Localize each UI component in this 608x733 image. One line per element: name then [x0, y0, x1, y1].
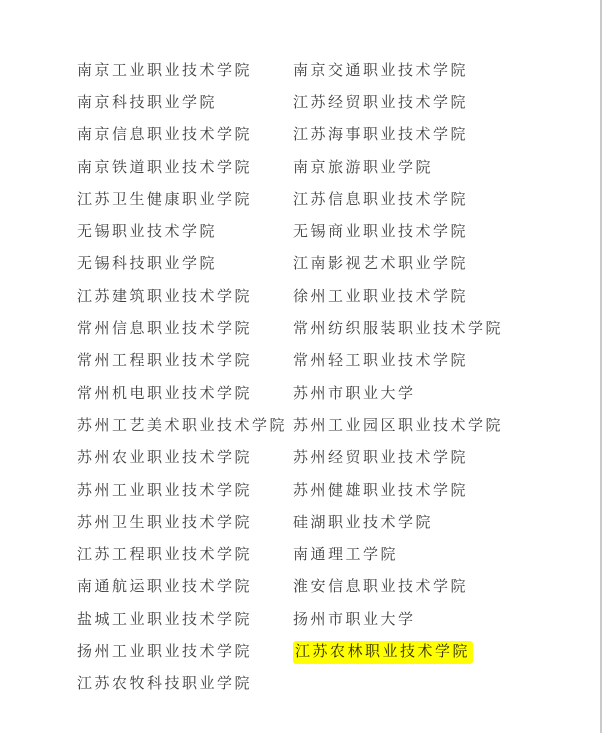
list-row: 无锡职业技术学院无锡商业职业技术学院 [77, 216, 597, 248]
college-name: 苏州工业职业技术学院 [77, 484, 293, 499]
college-name: 苏州工艺美术职业技术学院 [77, 419, 293, 434]
college-name: 苏州经贸职业技术学院 [293, 451, 597, 466]
college-name: 扬州工业职业技术学院 [77, 645, 293, 660]
list-row: 苏州卫生职业技术学院硅湖职业技术学院 [77, 507, 597, 539]
college-name: 江苏信息职业技术学院 [293, 193, 597, 208]
list-row: 南京工业职业技术学院南京交通职业技术学院 [77, 55, 597, 87]
list-row: 扬州工业职业技术学院江苏农林职业技术学院 [77, 636, 597, 668]
college-name: 南京铁道职业技术学院 [77, 161, 293, 176]
college-name: 苏州健雄职业技术学院 [293, 484, 597, 499]
list-row: 苏州工艺美术职业技术学院苏州工业园区职业技术学院 [77, 410, 597, 442]
college-name: 江苏卫生健康职业学院 [77, 193, 293, 208]
college-name: 南京交通职业技术学院 [293, 64, 597, 79]
college-name: 江南影视艺术职业学院 [293, 257, 597, 272]
college-name: 苏州农业职业技术学院 [77, 451, 293, 466]
list-row: 苏州工业职业技术学院苏州健雄职业技术学院 [77, 475, 597, 507]
list-row: 江苏卫生健康职业学院江苏信息职业技术学院 [77, 184, 597, 216]
college-name: 南通航运职业技术学院 [77, 580, 293, 595]
college-name: 常州信息职业技术学院 [77, 322, 293, 337]
list-row: 南京信息职业技术学院江苏海事职业技术学院 [77, 120, 597, 152]
college-name: 淮安信息职业技术学院 [293, 580, 597, 595]
college-name: 无锡科技职业学院 [77, 257, 293, 272]
college-name: 江苏建筑职业技术学院 [77, 290, 293, 305]
college-name: 常州轻工职业技术学院 [293, 354, 597, 369]
college-name-highlighted: 江苏农林职业技术学院 [293, 641, 473, 664]
list-row: 南京科技职业学院江苏经贸职业技术学院 [77, 87, 597, 119]
college-name: 无锡职业技术学院 [77, 225, 293, 240]
list-row: 常州工程职业技术学院常州轻工职业技术学院 [77, 346, 597, 378]
college-name: 硅湖职业技术学院 [293, 516, 597, 531]
college-name: 常州工程职业技术学院 [77, 354, 293, 369]
college-name: 常州机电职业技术学院 [77, 387, 293, 402]
college-name: 无锡商业职业技术学院 [293, 225, 597, 240]
college-name: 常州纺织服装职业技术学院 [293, 322, 597, 337]
college-name: 南通理工学院 [293, 548, 597, 563]
list-row: 江苏工程职业技术学院南通理工学院 [77, 539, 597, 571]
list-row: 江苏建筑职业技术学院徐州工业职业技术学院 [77, 281, 597, 313]
page-right-border [600, 0, 602, 733]
college-list: 南京工业职业技术学院南京交通职业技术学院南京科技职业学院江苏经贸职业技术学院南京… [77, 55, 597, 701]
college-name: 江苏农牧科技职业学院 [77, 677, 293, 692]
college-name-container: 江苏农林职业技术学院 [293, 645, 597, 660]
college-name: 江苏海事职业技术学院 [293, 128, 597, 143]
college-name: 苏州市职业大学 [293, 387, 597, 402]
college-name: 南京工业职业技术学院 [77, 64, 293, 79]
college-name: 江苏经贸职业技术学院 [293, 96, 597, 111]
college-name: 南京旅游职业学院 [293, 161, 597, 176]
list-row: 无锡科技职业学院江南影视艺术职业学院 [77, 249, 597, 281]
college-name: 苏州卫生职业技术学院 [77, 516, 293, 531]
list-row: 江苏农牧科技职业学院 [77, 669, 597, 701]
college-name: 南京信息职业技术学院 [77, 128, 293, 143]
list-row: 苏州农业职业技术学院苏州经贸职业技术学院 [77, 443, 597, 475]
college-name: 南京科技职业学院 [77, 96, 293, 111]
college-name: 扬州市职业大学 [293, 613, 597, 628]
list-row: 常州信息职业技术学院常州纺织服装职业技术学院 [77, 313, 597, 345]
college-name: 盐城工业职业技术学院 [77, 613, 293, 628]
list-row: 南通航运职业技术学院淮安信息职业技术学院 [77, 572, 597, 604]
list-row: 盐城工业职业技术学院扬州市职业大学 [77, 604, 597, 636]
document-page: 南京工业职业技术学院南京交通职业技术学院南京科技职业学院江苏经贸职业技术学院南京… [0, 0, 608, 733]
college-name: 江苏工程职业技术学院 [77, 548, 293, 563]
college-name: 苏州工业园区职业技术学院 [293, 419, 597, 434]
college-name: 徐州工业职业技术学院 [293, 290, 597, 305]
list-row: 常州机电职业技术学院苏州市职业大学 [77, 378, 597, 410]
list-row: 南京铁道职业技术学院南京旅游职业学院 [77, 152, 597, 184]
